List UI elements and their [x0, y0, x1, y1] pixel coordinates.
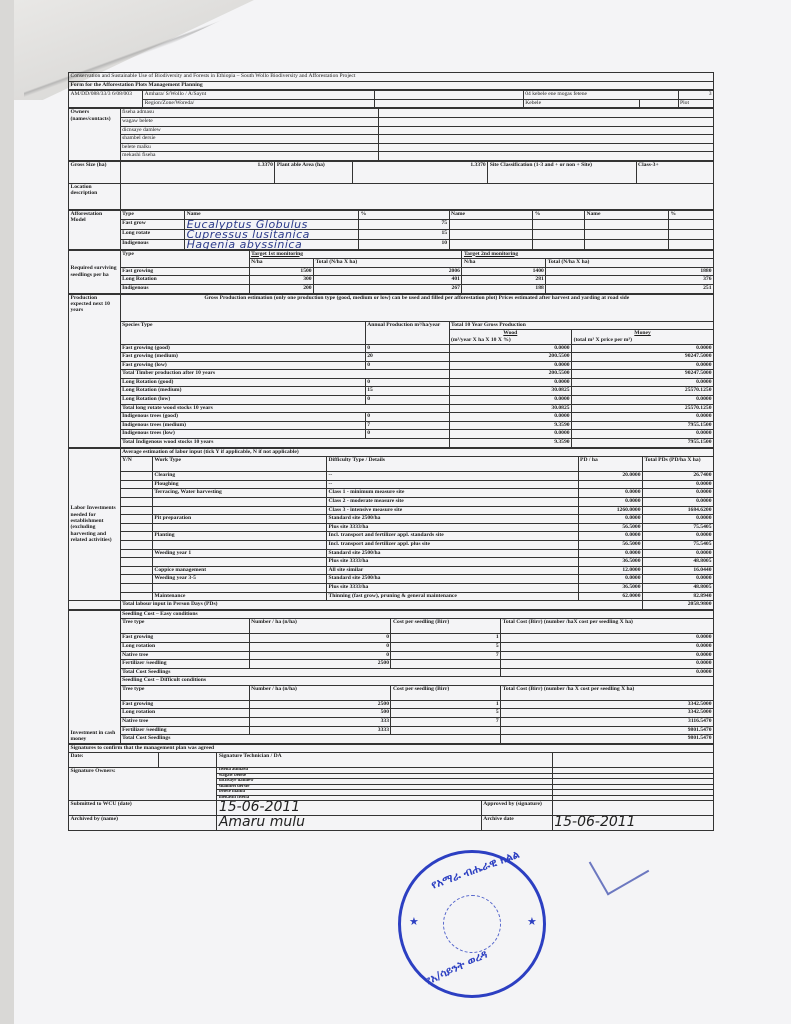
- work-type: Coppice management: [152, 566, 326, 575]
- total-header: Total (N/ha X ha): [546, 259, 714, 268]
- labor-row: Plus site 3333/ha36.500048.8005: [69, 558, 714, 567]
- total-cost: 3116.5470: [501, 718, 714, 727]
- difficulty-detail: Class 3 - intensive measure site: [326, 506, 578, 515]
- tree-type: Fast growing: [120, 700, 249, 709]
- labor-row: Weeding year 3-5Standard site 2500/ha0.0…: [69, 575, 714, 584]
- afforestation-form: Conservation and Sustainable Use of Biod…: [68, 72, 714, 831]
- t2: 1880: [546, 267, 714, 276]
- seedling-cost-header: Cost per seedling (Birr): [391, 685, 501, 700]
- work-type: Clearing: [152, 472, 326, 481]
- owner-contact[interactable]: [378, 126, 713, 135]
- empty-cell[interactable]: [533, 229, 585, 239]
- labor-row: Incl. transport and fertilizer appl. plu…: [69, 540, 714, 549]
- location-value[interactable]: [120, 183, 713, 209]
- labor-label-tail: Labor Investments needed for establishme…: [69, 601, 121, 610]
- production-label: Production expected next 10 years: [69, 294, 121, 447]
- model-label: Afforestation Model: [69, 210, 121, 249]
- wood-value: 0.0000: [449, 344, 572, 353]
- labor-row: PlantingIncl. transport and fertilizer a…: [69, 532, 714, 541]
- production-row: Long Rotation (low)00.00000.0000: [69, 396, 714, 405]
- seedling-cost-header: Number / ha (n/ha): [249, 619, 391, 634]
- pd-per-ha: 56.5000: [578, 540, 643, 549]
- yn-checkbox[interactable]: [120, 540, 152, 549]
- production-row: Indigenous trees (good)00.00000.0000: [69, 413, 714, 422]
- production-row: Fast growing (low)00.00000.0000: [69, 361, 714, 370]
- plantable-label: Plant able Area (ha): [275, 161, 352, 183]
- yn-checkbox[interactable]: [120, 575, 152, 584]
- yn-checkbox[interactable]: [120, 566, 152, 575]
- cost-per-seedling: 5: [391, 642, 501, 651]
- owner-name[interactable]: wagaw belete: [120, 117, 378, 126]
- technician-signature[interactable]: [552, 753, 713, 768]
- n1: 1500: [249, 267, 314, 276]
- archive-date-label: Archive date: [481, 816, 552, 831]
- pd-per-ha: 0.0000: [578, 515, 643, 524]
- labor-row: Class 3 - intensive measure site1260.000…: [69, 506, 714, 515]
- production-row: Long Rotation (medium)1530.082525570.125…: [69, 387, 714, 396]
- number-per-ha[interactable]: 3333: [249, 726, 391, 735]
- model-type: Fast grow: [120, 219, 185, 229]
- type-header: Type: [120, 250, 249, 267]
- seed-header-row: Required surviving seedlings per haTypeT…: [69, 250, 714, 259]
- total-pds: 0.0000: [643, 480, 714, 489]
- difficulty-detail: --: [326, 480, 578, 489]
- model-header: %: [668, 210, 713, 219]
- yn-checkbox[interactable]: [120, 549, 152, 558]
- seedling-cost-header-row: Tree typeNumber / ha (n/ha)Cost per seed…: [69, 685, 714, 700]
- sig-date-row: Date:Signature Technician / DA: [69, 753, 714, 768]
- work-type: [152, 540, 326, 549]
- yn-checkbox[interactable]: [120, 558, 152, 567]
- labor-note: Average estimation of labor input (tick …: [120, 448, 713, 457]
- total-pds: 16.0440: [643, 566, 714, 575]
- plot-label: Plot: [678, 99, 714, 108]
- plot-code: AM/DD/088/33/3 6/08/003: [69, 91, 143, 108]
- seedling-cost-header: Tree type: [120, 685, 249, 700]
- money-value: 90247.5000: [572, 370, 714, 379]
- signatures-table: Signatures to confirm that the managemen…: [68, 744, 714, 832]
- owner-name[interactable]: mekashi fiseha: [120, 152, 378, 161]
- species-percent: 75: [359, 219, 449, 229]
- submitted-row: Submitted to WCU (date)15-06-2011Approve…: [69, 801, 714, 816]
- plantable-value: 1.3370: [352, 161, 487, 183]
- yn-checkbox[interactable]: [120, 583, 152, 592]
- yn-checkbox[interactable]: [120, 592, 152, 601]
- labor-row: Plus site 3333/ha36.500048.8005: [69, 583, 714, 592]
- species-type: Long Rotation (medium): [120, 387, 365, 396]
- site-class-value: Class-3+: [636, 161, 713, 183]
- total-production-header: Total 10 Year Gross Production: [449, 321, 713, 330]
- owner-contact[interactable]: [378, 152, 713, 161]
- seedling-cost-header-row: Tree typeNumber / ha (n/ha)Cost per seed…: [69, 619, 714, 634]
- wood-value: 0.0000: [449, 430, 572, 439]
- seed-type: Long Rotation: [120, 276, 249, 285]
- difficulty-detail: --: [326, 472, 578, 481]
- annual-production[interactable]: 7: [365, 421, 449, 430]
- owner-name[interactable]: fiseha admasu: [120, 109, 378, 118]
- gross-size-value: 1.3370: [120, 161, 275, 183]
- production-row: Fast growing (medium)20200.550090247.500…: [69, 353, 714, 362]
- t2: 376: [546, 276, 714, 285]
- total-header: Total (N/ha X ha): [314, 259, 462, 268]
- total-pds: 0.0000: [643, 515, 714, 524]
- pd-per-ha: 1260.0000: [578, 506, 643, 515]
- sig-title-row: Signatures to confirm that the managemen…: [69, 744, 714, 753]
- yn-checkbox[interactable]: [120, 506, 152, 515]
- species-header: Species Type: [120, 321, 365, 344]
- difficulty-detail: Plus site 3333/ha: [326, 523, 578, 532]
- production-row: Total long rotate wood stocks 10 years30…: [69, 404, 714, 413]
- difficulty-detail: All site similar: [326, 566, 578, 575]
- production-total-label: Total Timber production after 10 years: [120, 370, 449, 379]
- species-percent: 10: [359, 239, 449, 249]
- owners-signature-label: Signature Owners:: [69, 768, 217, 801]
- n2: 188: [462, 284, 546, 293]
- model-row: IndigenousHagenia abyssinica10: [69, 239, 714, 249]
- archive-date-handwritten[interactable]: 15-06-2011: [552, 816, 713, 831]
- total-cost: 0.0000: [501, 660, 714, 669]
- labor-row: Terracing, Water harvestingClass 1 - min…: [69, 489, 714, 498]
- species-type: Indigenous trees (medium): [120, 421, 365, 430]
- wood-value: 0.0000: [449, 413, 572, 422]
- model-header: %: [359, 210, 449, 219]
- total-pds: 26.7400: [643, 472, 714, 481]
- owner-name[interactable]: shambel dersie: [120, 135, 378, 144]
- model-type: Long rotate: [120, 229, 185, 239]
- labor-row: Pit preparationStandard site 2500/ha0.00…: [69, 515, 714, 524]
- empty-cell[interactable]: [668, 229, 713, 239]
- species-name-handwritten[interactable]: Hagenia abyssinica: [185, 239, 359, 249]
- labor-row: MaintenanceThinning (fast grow), pruning…: [69, 592, 714, 601]
- money-value: 0.0000: [572, 396, 714, 405]
- pd-per-ha: [578, 480, 643, 489]
- owners-table: Owners (names/contacts)fiseha admasuwaga…: [68, 108, 714, 161]
- empty-cell[interactable]: [584, 219, 668, 229]
- cost-per-seedling: 5: [391, 709, 501, 718]
- empty-cell[interactable]: [668, 239, 713, 249]
- total-pds: 0.0000: [643, 549, 714, 558]
- number-per-ha[interactable]: 333: [249, 718, 391, 727]
- pd-per-ha: 56.5000: [578, 523, 643, 532]
- seedling-cost-row: Fast growing250013342.5000: [69, 700, 714, 709]
- work-type: Maintenance: [152, 592, 326, 601]
- empty-cell[interactable]: [533, 239, 585, 249]
- region-label: Region/Zone/Woreda/: [143, 99, 375, 108]
- species-type: Long Rotation (good): [120, 378, 365, 387]
- empty-cell[interactable]: [533, 219, 585, 229]
- work-type: Weeding year 3-5: [152, 575, 326, 584]
- species-type: Fast growing (medium): [120, 353, 365, 362]
- number-per-ha[interactable]: 0: [249, 642, 391, 651]
- model-header-row: Afforestation ModelTypeName%Name%Name%: [69, 210, 714, 219]
- money-value: 25570.1250: [572, 387, 714, 396]
- total-pds: 75.5405: [643, 540, 714, 549]
- annual-production[interactable]: 0: [365, 344, 449, 353]
- t2: 251: [546, 284, 714, 293]
- seedling-cost-row: Fertilizer /seedling25000.0000: [69, 660, 714, 669]
- owner-row: belete malku: [69, 143, 714, 152]
- species-percent: 15: [359, 229, 449, 239]
- investment-table: Investment in cash moneySeedling Cost – …: [68, 610, 714, 744]
- total-cost: 0.0000: [501, 642, 714, 651]
- empty-cell[interactable]: [584, 239, 668, 249]
- production-note-row: Production expected next 10 yearsGross P…: [69, 294, 714, 321]
- empty-cell[interactable]: [449, 239, 533, 249]
- money-header: Money(total m³ X price per m³): [572, 330, 714, 344]
- pd-per-ha: 36.5000: [578, 583, 643, 592]
- owner-contact[interactable]: [378, 135, 713, 144]
- archived-name-handwritten[interactable]: Amaru mulu: [217, 816, 481, 831]
- n2: 281: [462, 276, 546, 285]
- total-pds: 75.5405: [643, 523, 714, 532]
- official-stamp: የአማራ ብሔራዊ ክልል የአ/ሳይንት ወረዳ ★ ★: [398, 850, 546, 998]
- labor-header: Difficulty Type / Details: [326, 457, 578, 472]
- difficulty-detail: Incl. transport and fertilizer appl. sta…: [326, 532, 578, 541]
- cost-per-seedling: 1: [391, 634, 501, 643]
- model-row: Fast growEucalyptus Globulus75: [69, 219, 714, 229]
- species-type: Indigenous trees (good): [120, 413, 365, 422]
- total-cost: 3342.5000: [501, 700, 714, 709]
- wood-value: 30.0825: [449, 404, 572, 413]
- pd-per-ha: 0.0000: [578, 532, 643, 541]
- nha-header: N/ha: [462, 259, 546, 268]
- cost-per-seedling: 7: [391, 718, 501, 727]
- seedling-cost-row: Long rotation050.0000: [69, 642, 714, 651]
- yn-checkbox[interactable]: [120, 480, 152, 489]
- difficulty-detail: Thinning (fast grow), pruning & general …: [326, 592, 578, 601]
- total-cost-value: 9801.5470: [501, 735, 714, 744]
- difficulty-detail: Incl. transport and fertilizer appl. plu…: [326, 540, 578, 549]
- species-type: Indigenous trees (low): [120, 430, 365, 439]
- wood-header: Wood(m³/year X ha X 10 X %): [449, 330, 572, 344]
- approved-label: Approved by (signature): [481, 801, 552, 816]
- wood-value: 9.3590: [449, 421, 572, 430]
- annual-production[interactable]: 0: [365, 430, 449, 439]
- work-type: [152, 583, 326, 592]
- labor-total-row: Labor Investments needed for establishme…: [69, 601, 714, 610]
- t1: 267: [314, 284, 462, 293]
- money-value: 0.0000: [572, 344, 714, 353]
- archived-row: Archived by (name)Amaru muluArchive date…: [69, 816, 714, 831]
- t1: 401: [314, 276, 462, 285]
- production-row: Long Rotation (good)00.00000.0000: [69, 378, 714, 387]
- owner-contact[interactable]: [378, 109, 713, 118]
- production-total-label: Total long rotate wood stocks 10 years: [120, 404, 449, 413]
- number-per-ha[interactable]: 0: [249, 634, 391, 643]
- difficulty-detail: Standard site 2500/ha: [326, 549, 578, 558]
- seedling-cost-row: Fertilizer /seedling33339801.5470: [69, 726, 714, 735]
- total-cost: 0.0000: [501, 651, 714, 660]
- difficulty-detail: Standard site 2500/ha: [326, 515, 578, 524]
- annual-production[interactable]: 15: [365, 387, 449, 396]
- total-cost-label: Total Cost Seedlings: [120, 735, 501, 744]
- species-type: Fast growing (low): [120, 361, 365, 370]
- total-cost-label: Total Cost Seedlings: [120, 668, 501, 677]
- stamp-emblem: [443, 895, 501, 953]
- empty-cell[interactable]: [449, 219, 533, 229]
- target2-header: Target 2nd monitoring: [462, 250, 714, 259]
- yn-checkbox[interactable]: [120, 498, 152, 507]
- production-table: Production expected next 10 yearsGross P…: [68, 294, 714, 448]
- money-value: 0.0000: [572, 361, 714, 370]
- plot-value: 3: [678, 91, 714, 100]
- labor-total-value: 2058.9800: [643, 601, 714, 610]
- wood-sub: (m³/year X ha X 10 X %): [451, 337, 570, 343]
- annual-production[interactable]: 0: [365, 361, 449, 370]
- labor-row: Plus site 3333/ha56.500075.5405: [69, 523, 714, 532]
- model-header: Type: [120, 210, 185, 219]
- annual-production[interactable]: 20: [365, 353, 449, 362]
- submitted-date-handwritten[interactable]: 15-06-2011: [217, 801, 481, 816]
- n1: 300: [249, 276, 314, 285]
- money-sub: (total m³ X price per m³): [574, 337, 712, 343]
- labor-header: PD / ha: [578, 457, 643, 472]
- owner-contact[interactable]: [378, 117, 713, 126]
- model-header: Name: [584, 210, 668, 219]
- labor-header: Work Type: [152, 457, 326, 472]
- location-label: Location description: [69, 183, 121, 209]
- seed-type: Fast growing: [120, 267, 249, 276]
- seedling-cost-row: Native tree33373116.5470: [69, 718, 714, 727]
- money-value: 7955.1500: [572, 439, 714, 448]
- site-table: Gross Size (ha) 1.3370 Plant able Area (…: [68, 161, 714, 210]
- seedlings-label: Required surviving seedlings per ha: [69, 250, 121, 293]
- seedling-cost-row: Native tree070.0000: [69, 651, 714, 660]
- species-name-handwritten[interactable]: Cupressus lusitanica: [185, 229, 359, 239]
- money-value: 25570.1250: [572, 404, 714, 413]
- labor-header-row: Y/NWork TypeDifficulty Type / DetailsPD …: [69, 457, 714, 472]
- seedling-cost-header: Total Cost (Birr) (number /haX cost per …: [501, 619, 714, 634]
- date-value[interactable]: [159, 753, 217, 768]
- production-row: Total Indigenous wood stocks 10 years9.3…: [69, 439, 714, 448]
- owner-name[interactable]: belete malku: [120, 143, 378, 152]
- total-pds: 1684.6200: [643, 506, 714, 515]
- species-name-handwritten[interactable]: Eucalyptus Globulus: [185, 219, 359, 229]
- production-row: Indigenous trees (low)00.00000.0000: [69, 430, 714, 439]
- difficulty-detail: Class 1 - minimum measure site: [326, 489, 578, 498]
- labor-note-row: Labor Investments needed for establishme…: [69, 448, 714, 457]
- seedlings-required: Required surviving seedlings per haTypeT…: [68, 250, 714, 294]
- annual-production[interactable]: 0: [365, 396, 449, 405]
- work-type: Pit preparation: [152, 515, 326, 524]
- seedling-cost-title: Seedling Cost – Difficult conditions: [120, 677, 713, 686]
- kebele-value: 04 kebele ene mogas fetene: [523, 91, 678, 100]
- owner-row: wagaw belete: [69, 117, 714, 126]
- pd-per-ha: 0.0000: [578, 498, 643, 507]
- owner-row: dicnsaye damlew: [69, 126, 714, 135]
- owner-name[interactable]: dicnsaye damlew: [120, 126, 378, 135]
- work-type: Terracing, Water harvesting: [152, 489, 326, 498]
- empty-cell[interactable]: [668, 219, 713, 229]
- nha-header: N/ha: [249, 259, 314, 268]
- owner-row: mekashi fiseha: [69, 152, 714, 161]
- total-cost: 3342.5000: [501, 709, 714, 718]
- archived-label: Archived by (name): [69, 816, 217, 831]
- t1: 2006: [314, 267, 462, 276]
- owner-contact[interactable]: [378, 143, 713, 152]
- work-type: [152, 498, 326, 507]
- site-class-label: Site Classification (1-3 and + or non + …: [488, 161, 636, 183]
- total-pds: 82.8940: [643, 592, 714, 601]
- model-row: Long rotateCupressus lusitanica15: [69, 229, 714, 239]
- wood-value: 200.5500: [449, 370, 572, 379]
- owners-label: Owners (names/contacts): [69, 109, 121, 161]
- stamp-star-icon: ★: [527, 915, 537, 928]
- pd-per-ha: 36.5000: [578, 558, 643, 567]
- total-pds: 0.0000: [643, 489, 714, 498]
- number-per-ha[interactable]: 0: [249, 651, 391, 660]
- seed-row: Fast growing1500200614001880: [69, 267, 714, 276]
- money-value: 0.0000: [572, 378, 714, 387]
- labor-table: Labor Investments needed for establishme…: [68, 448, 714, 610]
- model-type: Indigenous: [120, 239, 185, 249]
- region-value: Amhara/ S/Wollo / A/Saynt: [143, 91, 375, 100]
- yn-checkbox[interactable]: [120, 489, 152, 498]
- wood-value: 30.0825: [449, 387, 572, 396]
- pd-per-ha: 12.0000: [578, 566, 643, 575]
- labor-row: Coppice managementAll site similar12.000…: [69, 566, 714, 575]
- labor-label: Labor Investments needed for establishme…: [69, 448, 121, 601]
- total-pds: 0.0000: [643, 498, 714, 507]
- species-type: Long Rotation (low): [120, 396, 365, 405]
- number-per-ha[interactable]: 2500: [249, 660, 391, 669]
- investment-label: Investment in cash money: [69, 610, 121, 743]
- labor-row: Ploughing--0.0000: [69, 480, 714, 489]
- seedling-cost-row: Fast growing010.0000: [69, 634, 714, 643]
- annual-header: Annual Production m³/ha/year: [365, 321, 449, 344]
- wood-value: 9.3590: [449, 439, 572, 448]
- plot-info: AM/DD/088/33/3 6/08/003 Amhara/ S/Wollo …: [68, 90, 714, 108]
- labor-total-label: Total labour input in Person Days (PDs): [120, 601, 642, 610]
- total-cost-value: 0.0000: [501, 668, 714, 677]
- model-header: Name: [185, 210, 359, 219]
- total-cost: 0.0000: [501, 634, 714, 643]
- seedling-cost-header: Total Cost (Birr) (number /ha X cost per…: [501, 685, 714, 700]
- total-pds: 48.8005: [643, 583, 714, 592]
- pd-per-ha: 20.0000: [578, 472, 643, 481]
- annual-production[interactable]: 0: [365, 378, 449, 387]
- pd-per-ha: 62.0000: [578, 592, 643, 601]
- approved-signature[interactable]: [552, 801, 713, 816]
- yn-checkbox[interactable]: [120, 515, 152, 524]
- number-per-ha[interactable]: 2500: [249, 700, 391, 709]
- empty-cell[interactable]: [584, 229, 668, 239]
- labor-row: Weeding year 1Standard site 2500/ha0.000…: [69, 549, 714, 558]
- seedling-cost-title-row: Seedling Cost – Difficult conditions: [69, 677, 714, 686]
- labor-row: Class 2 - moderate measure site0.00000.0…: [69, 498, 714, 507]
- work-type: [152, 506, 326, 515]
- n2: 1400: [462, 267, 546, 276]
- form-title: Form for the Afforestation Plots Managem…: [69, 81, 714, 90]
- yn-checkbox[interactable]: [120, 472, 152, 481]
- yn-checkbox[interactable]: [120, 532, 152, 541]
- difficulty-detail: Plus site 3333/ha: [326, 583, 578, 592]
- afforestation-model: Afforestation ModelTypeName%Name%Name%Fa…: [68, 210, 714, 250]
- yn-checkbox[interactable]: [120, 523, 152, 532]
- model-header: Name: [449, 210, 533, 219]
- tree-type: Native tree: [120, 651, 249, 660]
- number-per-ha[interactable]: 500: [249, 709, 391, 718]
- seedling-cost-row: Long rotation50053342.5000: [69, 709, 714, 718]
- production-row: Fast growing (good)00.00000.0000: [69, 344, 714, 353]
- empty-cell[interactable]: [449, 229, 533, 239]
- seed-row: Long Rotation300401281376: [69, 276, 714, 285]
- money-value: 0.0000: [572, 413, 714, 422]
- annual-production[interactable]: 0: [365, 413, 449, 422]
- tree-type: Long rotation: [120, 642, 249, 651]
- seedling-total-row: Total Cost Seedlings0.0000: [69, 668, 714, 677]
- cost-per-seedling: 1: [391, 700, 501, 709]
